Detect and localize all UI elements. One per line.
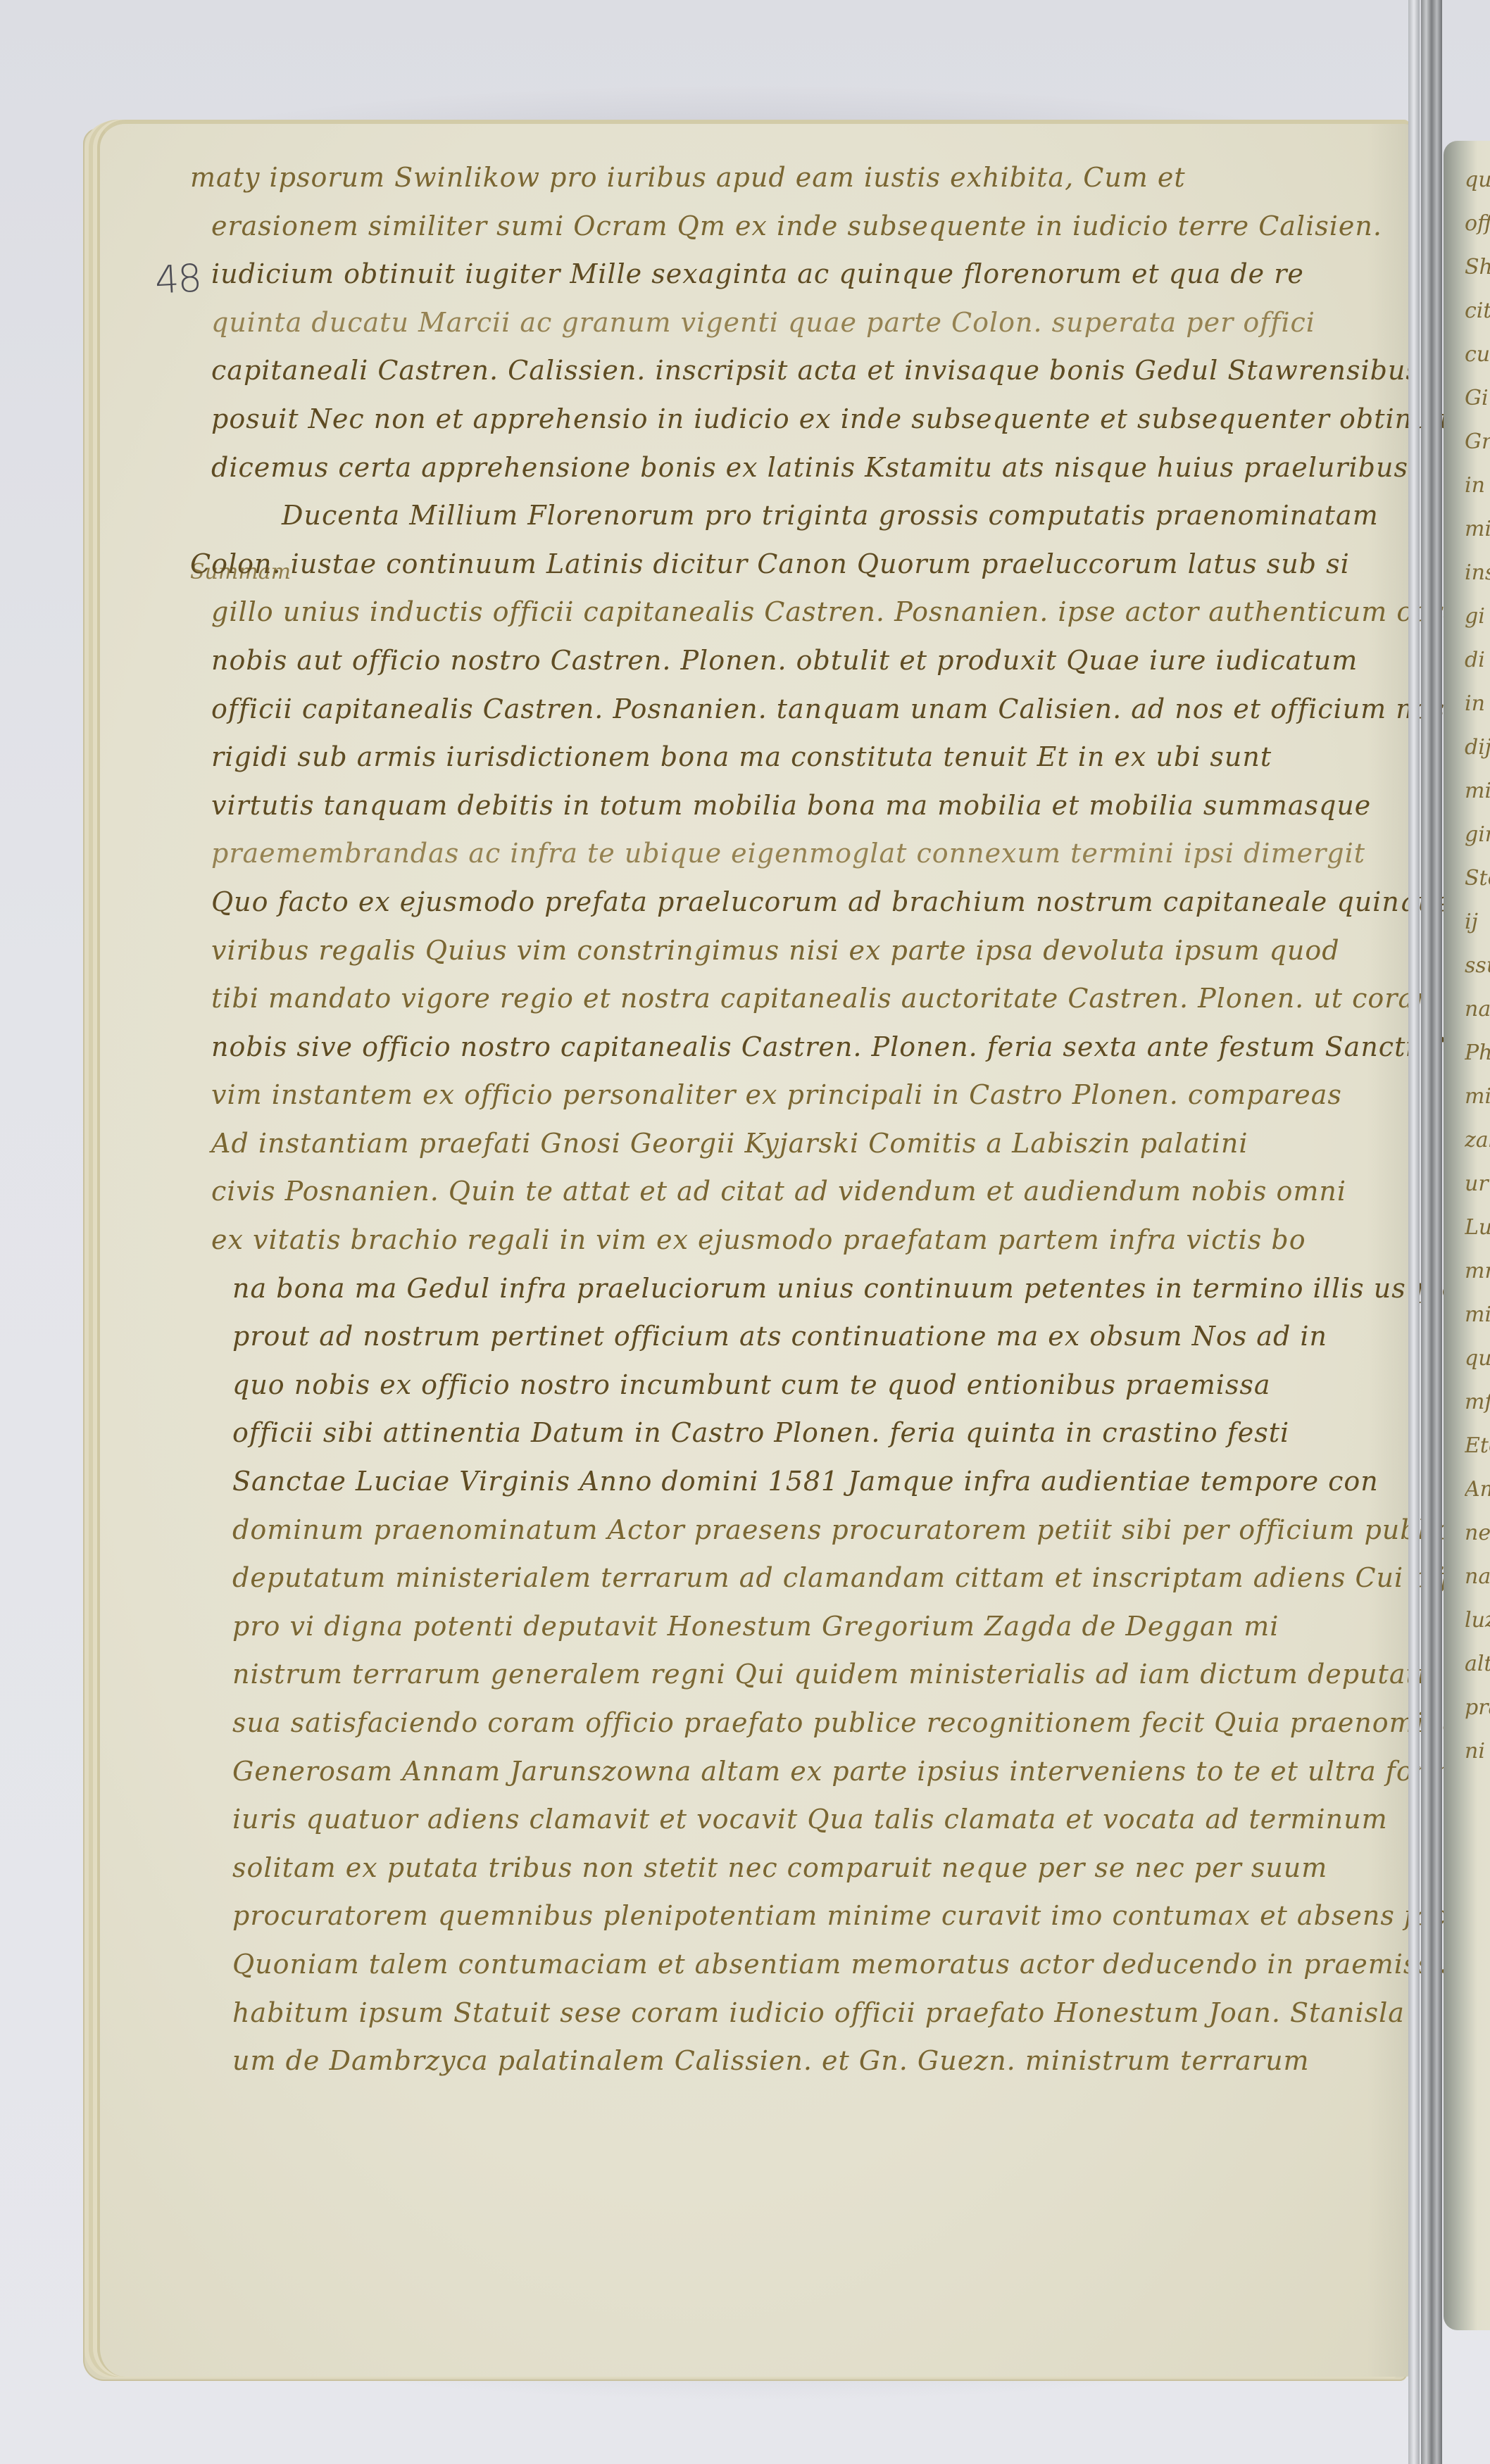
- text-line: maty ipsorum Swinlikow pro iuribus apud …: [190, 153, 1345, 202]
- text-line: quo nobis ex officio nostro incumbunt cu…: [190, 1361, 1345, 1409]
- text-line: nobis aut officio nostro Castren. Plonen…: [190, 636, 1345, 685]
- text-line: dominum praenominatum Actor praesens pro…: [190, 1506, 1345, 1554]
- text-line: deputatum ministerialem terrarum ad clam…: [190, 1554, 1345, 1602]
- text-line: Colon. iustae continuum Latinis dicitur …: [190, 540, 1345, 589]
- adjacent-fragment: in: [1465, 682, 1490, 726]
- text-line: viribus regalis Quius vim constringimus …: [190, 926, 1345, 975]
- text-line: iuris quatuor adiens clamavit et vocavit…: [190, 1795, 1345, 1844]
- binding-gutter: [1408, 0, 1420, 2464]
- text-line: capitaneali Castren. Calissien. inscrips…: [190, 346, 1345, 395]
- text-line: Ducenta Millium Florenorum pro triginta …: [190, 491, 1345, 540]
- adjacent-fragment: ni: [1465, 1730, 1490, 1773]
- text-line: Quo facto ex ejusmodo prefata praelucoru…: [190, 878, 1345, 926]
- adjacent-fragment: Gn: [1465, 420, 1490, 464]
- adjacent-fragment: mi: [1465, 769, 1490, 813]
- text-line: dicemus certa apprehensione bonis ex lat…: [190, 444, 1345, 492]
- text-line: posuit Nec non et apprehensio in iudicio…: [190, 395, 1345, 444]
- adjacent-fragment: dij: [1465, 726, 1490, 769]
- text-line: tibi mandato vigore regio et nostra capi…: [190, 974, 1345, 1023]
- adjacent-fragment: offi: [1465, 202, 1490, 246]
- adjacent-fragment: qua: [1465, 158, 1490, 202]
- adjacent-fragment: mn: [1465, 1250, 1490, 1293]
- adjacent-page-text: qua offi Sha cit cum Gi Gn in mi ins gi …: [1465, 158, 1490, 1773]
- adjacent-fragment: ij: [1465, 900, 1490, 944]
- text-line: habitum ipsum Statuit sese coram iudicio…: [190, 1989, 1345, 2037]
- text-line: erasionem similiter sumi Ocram Qm ex ind…: [190, 202, 1345, 251]
- adjacent-fragment: cit: [1465, 289, 1490, 333]
- text-line: rigidi sub armis iurisdictionem bona ma …: [190, 733, 1345, 781]
- text-line: Generosam Annam Jarunszowna altam ex par…: [190, 1747, 1345, 1796]
- adjacent-fragment: Gi: [1465, 377, 1490, 420]
- adjacent-fragment: zal: [1465, 1119, 1490, 1162]
- text-line: iudicium obtinuit iugiter Mille sexagint…: [190, 250, 1345, 298]
- adjacent-fragment: Stot: [1465, 857, 1490, 900]
- adjacent-fragment: Ama: [1465, 1468, 1490, 1511]
- adjacent-fragment: gi: [1465, 595, 1490, 639]
- adjacent-fragment: mi: [1465, 1075, 1490, 1119]
- adjacent-fragment: luz: [1465, 1599, 1490, 1642]
- adjacent-fragment: di: [1465, 639, 1490, 682]
- adjacent-fragment: Sha: [1465, 246, 1490, 289]
- text-line: vim instantem ex officio personaliter ex…: [190, 1071, 1345, 1119]
- text-line: praemembrandas ac infra te ubique eigenm…: [190, 829, 1345, 878]
- text-line: officii capitanealis Castren. Posnanien.…: [190, 685, 1345, 734]
- text-line: Ad instantiam praefati Gnosi Georgii Kyj…: [190, 1119, 1345, 1168]
- text-line: prout ad nostrum pertinet officium ats c…: [190, 1312, 1345, 1361]
- adjacent-fragment: mfi: [1465, 1381, 1490, 1424]
- adjacent-fragment: ins: [1465, 551, 1490, 595]
- adjacent-fragment: cum: [1465, 333, 1490, 377]
- text-line: Quoniam talem contumaciam et absentiam m…: [190, 1940, 1345, 1989]
- text-line: gillo unius inductis officii capitaneali…: [190, 588, 1345, 636]
- adjacent-fragment: pral: [1465, 1686, 1490, 1730]
- text-line: civis Posnanien. Quin te attat et ad cit…: [190, 1167, 1345, 1216]
- text-line: officii sibi attinentia Datum in Castro …: [190, 1409, 1345, 1457]
- adjacent-fragment: Phr: [1465, 1031, 1490, 1075]
- text-line: nistrum terrarum generalem regni Qui qui…: [190, 1650, 1345, 1699]
- text-line: um de Dambrzyca palatinalem Calissien. e…: [190, 2037, 1345, 2085]
- adjacent-fragment: in: [1465, 464, 1490, 508]
- text-line: procuratorem quemnibus plenipotentiam mi…: [190, 1892, 1345, 1940]
- adjacent-fragment: mia: [1465, 1293, 1490, 1337]
- adjacent-fragment: ssu: [1465, 944, 1490, 988]
- adjacent-fragment: qu: [1465, 1337, 1490, 1381]
- adjacent-fragment: ur: [1465, 1162, 1490, 1206]
- text-line: sua satisfaciendo coram officio praefato…: [190, 1699, 1345, 1747]
- text-line: Sanctae Luciae Virginis Anno domini 1581…: [190, 1457, 1345, 1506]
- adjacent-fragment: nat: [1465, 988, 1490, 1031]
- text-line: nobis sive officio nostro capitanealis C…: [190, 1023, 1345, 1071]
- glass-divider: [1421, 0, 1442, 2464]
- adjacent-fragment: gin: [1465, 813, 1490, 857]
- adjacent-fragment: Eto: [1465, 1424, 1490, 1468]
- manuscript-text-block: maty ipsorum Swinlikow pro iuribus apud …: [190, 153, 1345, 2085]
- text-line: quinta ducatu Marcii ac granum vigenti q…: [190, 298, 1345, 347]
- text-line: na bona ma Gedul infra praeluciorum uniu…: [190, 1264, 1345, 1313]
- adjacent-fragment: Lur: [1465, 1206, 1490, 1250]
- adjacent-fragment: nabi: [1465, 1555, 1490, 1599]
- text-line: virtutis tanquam debitis in totum mobili…: [190, 781, 1345, 830]
- adjacent-fragment: mi: [1465, 508, 1490, 551]
- adjacent-fragment: ne: [1465, 1511, 1490, 1555]
- text-line: ex vitatis brachio regali in vim ex ejus…: [190, 1216, 1345, 1264]
- text-line: solitam ex putata tribus non stetit nec …: [190, 1844, 1345, 1892]
- text-line: pro vi digna potenti deputavit Honestum …: [190, 1602, 1345, 1651]
- adjacent-fragment: alt: [1465, 1642, 1490, 1686]
